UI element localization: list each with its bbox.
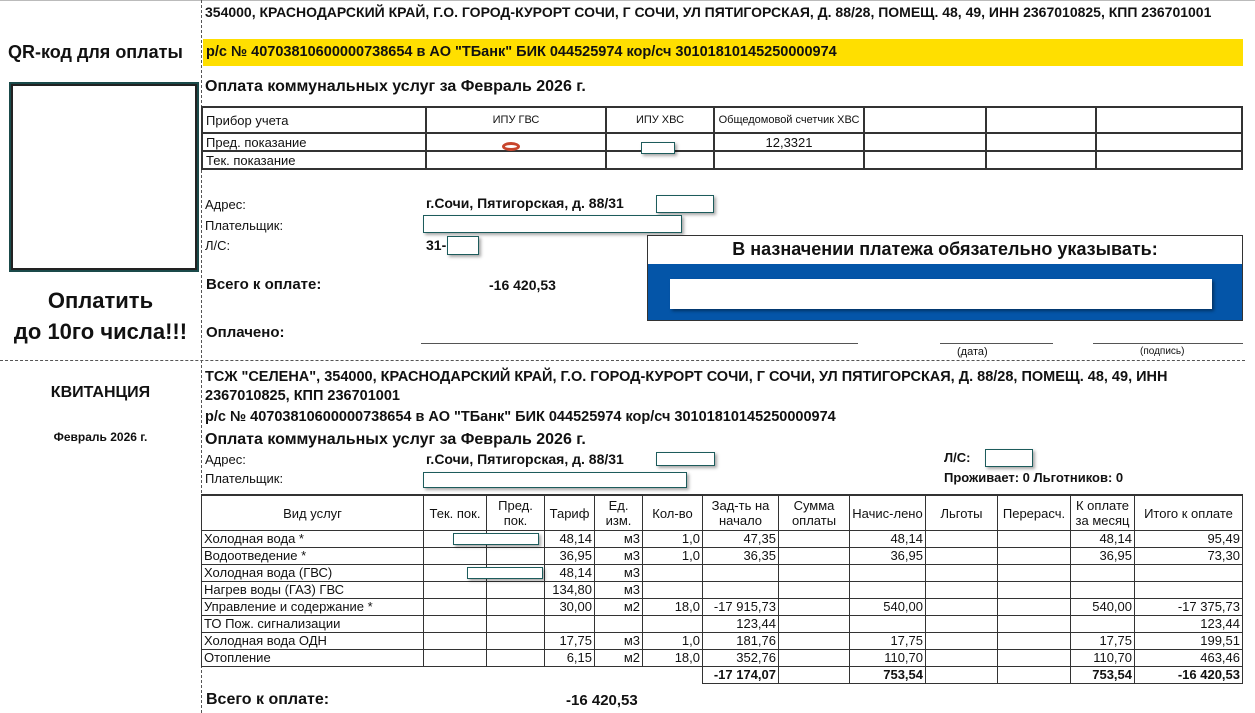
redaction-box [453,533,539,545]
charge-cell [545,616,595,633]
charge-cell: м3 [595,565,643,582]
receipt-label: КВИТАНЦИЯ [0,384,201,402]
charge-cell [487,548,545,565]
receipt-account-label: Л/С: [944,450,970,465]
charge-cell: 1,0 [643,633,703,650]
column-header: Начис-лено [850,495,926,531]
signature-caption: (подпись) [1140,346,1184,357]
charge-cell: 110,70 [1071,650,1135,667]
charge-cell: м3 [595,531,643,548]
charge-cell: 18,0 [643,650,703,667]
charge-cell: м2 [595,599,643,616]
charge-cell [998,582,1071,599]
charge-cell [643,582,703,599]
service-name: Холодная вода (ГВС) [202,565,424,582]
meter-cell [986,133,1096,151]
charge-cell: 36,95 [545,548,595,565]
charge-cell [779,633,850,650]
service-name: Отопление [202,650,424,667]
charges-row: Отопление6,15м218,0352,76110,70110,70463… [202,650,1243,667]
column-header: К оплате за месяц [1071,495,1135,531]
receipt-title: Оплата коммунальных услуг за Февраль 202… [205,431,586,449]
charge-cell [1135,565,1243,582]
payer-field [423,215,682,233]
charge-cell [998,633,1071,650]
charge-cell: м2 [595,650,643,667]
charge-cell: 134,80 [545,582,595,599]
charge-cell [424,616,487,633]
charge-cell: 17,75 [1071,633,1135,650]
charge-cell [424,650,487,667]
column-header: Сумма оплаты [779,495,850,531]
charges-row: Холодная вода *48,14м31,047,3548,1448,14… [202,531,1243,548]
charge-cell: -17 915,73 [703,599,779,616]
charge-cell [998,565,1071,582]
paid-label: Оплачено: [206,324,285,341]
meter-header: ИПУ ХВС [606,107,714,133]
column-header: Кол-во [643,495,703,531]
charge-cell: 181,76 [703,633,779,650]
meter-readings-table: Прибор учета ИПУ ГВС ИПУ ХВС Общедомовой… [201,106,1243,170]
date-caption: (дата) [957,346,988,358]
signature-line [1093,343,1243,344]
charge-cell [487,650,545,667]
charge-cell [1135,582,1243,599]
service-name: Холодная вода * [202,531,424,548]
charge-cell: 47,35 [703,531,779,548]
address-value: г.Сочи, Пятигорская, д. 88/31 [426,195,624,211]
charge-cell: 110,70 [850,650,926,667]
charge-cell [779,531,850,548]
charge-cell [998,616,1071,633]
redaction-mark [502,142,520,151]
charge-cell [926,582,998,599]
charge-cell [779,599,850,616]
meter-row-label: Тек. показание [202,151,426,169]
column-header: Пред. пок. [487,495,545,531]
column-header: Тариф [545,495,595,531]
meter-header: ИПУ ГВС [426,107,606,133]
payment-purpose-field [670,279,1212,309]
total-total-due: -16 420,53 [1135,667,1243,684]
redaction-box [641,142,675,154]
charges-header-row: Вид услуг Тек. пок. Пред. пок. Тариф Ед.… [202,495,1243,531]
charge-cell: 36,95 [1071,548,1135,565]
charge-cell: 48,14 [545,565,595,582]
charges-row: Управление и содержание *30,00м218,0-17 … [202,599,1243,616]
charge-cell [1071,582,1135,599]
paid-amount-line [421,343,858,344]
column-header: Перерасч. [998,495,1071,531]
qr-title: QR-код для оплаты [8,42,183,63]
charges-total-row: -17 174,07753,54753,54-16 420,53 [202,667,1243,684]
charge-cell [424,633,487,650]
meter-row-current: Тек. показание [202,151,1242,169]
charge-cell [850,565,926,582]
meter-cell: 12,3321 [714,133,864,151]
column-header: Зад-ть на начало [703,495,779,531]
meter-cell [1096,133,1242,151]
column-header: Ед. изм. [595,495,643,531]
total-payment-sum [779,667,850,684]
charge-cell: 30,00 [545,599,595,616]
charge-cell [643,616,703,633]
address-label: Адрес: [205,197,246,212]
receipt-org-details: ТСЖ "СЕЛЕНА", 354000, КРАСНОДАРСКИЙ КРАЙ… [205,368,1240,406]
residents-info: Проживает: 0 Льготников: 0 [944,470,1123,485]
payment-deadline: Оплатить до 10го числа!!! [0,285,201,347]
meter-cell [864,133,986,151]
charges-row: Холодная вода ОДН17,75м31,0181,7617,7517… [202,633,1243,650]
charge-cell: 48,14 [545,531,595,548]
meter-header [986,107,1096,133]
charge-cell [643,565,703,582]
payment-deadline-line2: до 10го числа!!! [0,316,201,347]
charges-row: ТО Пож. сигнализации123,44123,44 [202,616,1243,633]
charge-cell [998,650,1071,667]
charge-cell [424,599,487,616]
receipt-address-value: г.Сочи, Пятигорская, д. 88/31 [426,451,624,467]
charge-cell: 1,0 [643,548,703,565]
meter-cell [864,151,986,169]
payment-purpose-heading: В назначении платежа обязательно указыва… [648,236,1242,263]
column-header: Льготы [926,495,998,531]
top-border [0,0,1255,1]
meter-header-row: Прибор учета ИПУ ГВС ИПУ ХВС Общедомовой… [202,107,1242,133]
payment-deadline-line1: Оплатить [0,285,201,316]
charge-cell: 17,75 [545,633,595,650]
charge-cell [779,616,850,633]
total-accrued: 753,54 [850,667,926,684]
payer-label: Плательщик: [205,218,283,233]
redaction-box [447,236,479,255]
charge-cell [779,650,850,667]
charge-cell [926,650,998,667]
org-details: 354000, КРАСНОДАРСКИЙ КРАЙ, Г.О. ГОРОД-К… [205,4,1250,20]
receipt-total-label: Всего к оплате: [206,691,329,709]
account-label: Л/С: [205,238,230,253]
charge-cell [779,582,850,599]
charges-table: Вид услуг Тек. пок. Пред. пок. Тариф Ед.… [201,494,1243,684]
charge-cell [998,531,1071,548]
charge-cell [779,565,850,582]
meter-cell [986,151,1096,169]
charges-row: Холодная вода (ГВС)48,14м3 [202,565,1243,582]
payment-purpose-box: В назначении платежа обязательно указыва… [647,235,1243,321]
charge-cell: 6,15 [545,650,595,667]
charge-cell [926,599,998,616]
charge-cell: 17,75 [850,633,926,650]
receipt-bank-details: р/с № 40703810600000738654 в АО "ТБанк" … [205,409,836,425]
charge-cell [424,582,487,599]
redaction-box [656,452,715,466]
charge-cell: 48,14 [1071,531,1135,548]
meter-row-label: Пред. показание [202,133,426,151]
qr-code-image [9,82,199,272]
receipt-total-value: -16 420,53 [566,692,638,709]
charge-cell [926,548,998,565]
charge-cell [926,633,998,650]
service-name: Нагрев воды (ГАЗ) ГВС [202,582,424,599]
total-value: -16 420,53 [489,277,556,293]
charge-cell: 36,95 [850,548,926,565]
charge-cell [487,633,545,650]
service-name: Водоотведение * [202,548,424,565]
charge-cell [850,616,926,633]
meter-header [1096,107,1242,133]
date-line [940,343,1053,344]
receipt-payer-label: Плательщик: [205,471,283,486]
charge-cell: 1,0 [643,531,703,548]
charge-cell [926,531,998,548]
column-header: Тек. пок. [424,495,487,531]
total-debt-start: -17 174,07 [703,667,779,684]
charge-cell [487,599,545,616]
charge-cell [487,616,545,633]
charge-cell [487,582,545,599]
column-header: Итого к оплате [1135,495,1243,531]
charges-row: Водоотведение *36,95м31,036,3536,9536,95… [202,548,1243,565]
meter-cell [426,151,606,169]
charge-cell: 463,46 [1135,650,1243,667]
total-benefits [926,667,998,684]
charge-cell: 95,49 [1135,531,1243,548]
service-name: ТО Пож. сигнализации [202,616,424,633]
total-recalc [998,667,1071,684]
charge-cell [926,565,998,582]
charge-cell [850,582,926,599]
charge-cell: 123,44 [703,616,779,633]
charge-cell: 199,51 [1135,633,1243,650]
meter-header: Прибор учета [202,107,426,133]
total-month-due: 753,54 [1071,667,1135,684]
meter-row-previous: Пред. показание 12,3321 [202,133,1242,151]
meter-cell [1096,151,1242,169]
charge-cell: 123,44 [1135,616,1243,633]
charge-cell [703,565,779,582]
redaction-box [656,195,714,213]
cut-line-horizontal [0,360,1245,361]
bank-details: р/с № 40703810600000738654 в АО "ТБанк" … [203,39,1243,66]
charge-cell [595,616,643,633]
charge-cell [779,548,850,565]
charge-cell: м3 [595,582,643,599]
meter-cell [714,151,864,169]
receipt-address-label: Адрес: [205,452,246,467]
charge-cell: 73,30 [1135,548,1243,565]
charge-cell: 540,00 [850,599,926,616]
charge-cell [998,548,1071,565]
charge-cell: 36,35 [703,548,779,565]
receipt-month: Февраль 2026 г. [0,430,201,444]
charge-cell [998,599,1071,616]
meter-header: Общедомовой счетчик ХВС [714,107,864,133]
charge-cell [703,582,779,599]
service-name: Холодная вода ОДН [202,633,424,650]
service-name: Управление и содержание * [202,599,424,616]
charge-cell: 48,14 [850,531,926,548]
charge-cell: м3 [595,548,643,565]
payment-title: Оплата коммунальных услуг за Февраль 202… [205,78,586,96]
charge-cell [926,616,998,633]
charges-row: Нагрев воды (ГАЗ) ГВС134,80м3 [202,582,1243,599]
charge-cell: -17 375,73 [1135,599,1243,616]
charge-cell [424,548,487,565]
total-row-spacer [202,667,703,684]
charge-cell: 540,00 [1071,599,1135,616]
column-header: Вид услуг [202,495,424,531]
charge-cell: 352,76 [703,650,779,667]
payment-purpose-panel [648,264,1242,320]
redaction-box [985,449,1033,467]
charge-cell [1071,616,1135,633]
redaction-box [467,567,543,579]
receipt-payer-field [423,472,687,488]
charge-cell: 18,0 [643,599,703,616]
charge-cell: м3 [595,633,643,650]
charge-cell [1071,565,1135,582]
total-label: Всего к оплате: [206,276,321,293]
meter-header [864,107,986,133]
account-value: 31- [426,237,446,253]
